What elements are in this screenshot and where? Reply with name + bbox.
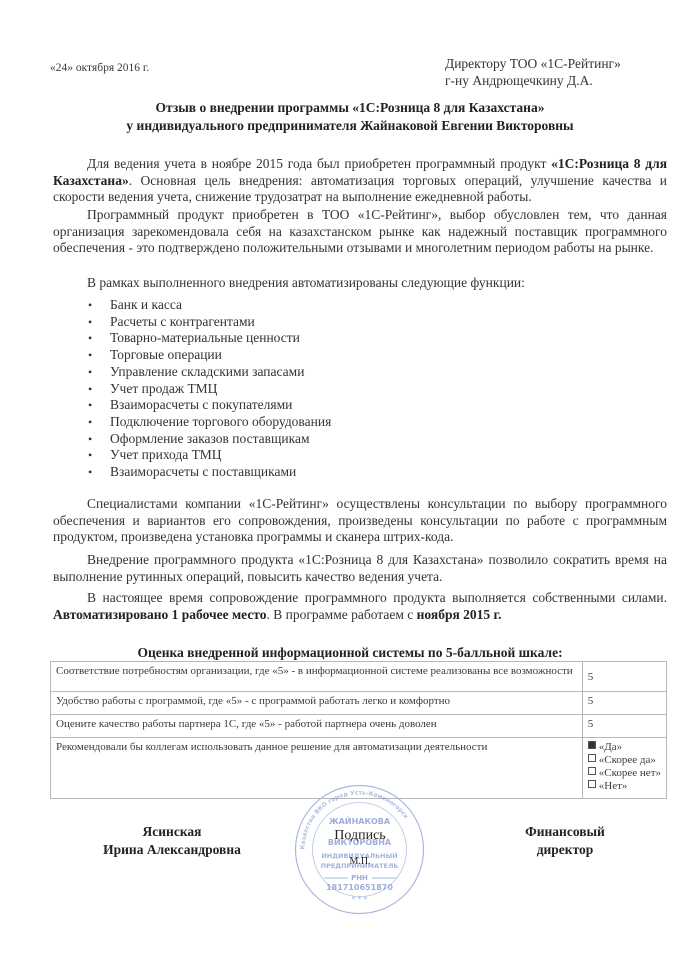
checkbox-empty-icon <box>588 754 596 762</box>
paragraph-support: В настоящее время сопровождение программ… <box>53 590 667 623</box>
paragraph-intro: Для ведения учета в ноябре 2015 года был… <box>53 156 667 206</box>
paragraph-vendor: Программный продукт приобретен в ТОО «1С… <box>53 207 667 257</box>
list-item: Взаиморасчеты с покупателями <box>88 397 331 414</box>
option-label: «Скорее нет» <box>599 767 661 779</box>
signatory-given-names: Ирина Александровна <box>82 841 262 859</box>
paragraph-results: Внедрение программного продукта «1С:Розн… <box>53 552 667 585</box>
list-item: Управление складскими запасами <box>88 364 331 381</box>
rating-question: Соответствие потребностям организации, г… <box>51 662 583 692</box>
paragraph-consulting: Специалистами компании «1С-Рейтинг» осущ… <box>53 496 667 546</box>
svg-text:* * *: * * * <box>352 895 368 903</box>
option-label: «Нет» <box>599 780 628 792</box>
signatory-position: Финансовый директор <box>495 823 635 859</box>
rating-value: 5 <box>582 715 666 738</box>
rating-value: 5 <box>582 662 666 692</box>
paragraph-text: В настоящее время сопровождение программ… <box>87 590 667 605</box>
list-item: Товарно-материальные ценности <box>88 330 331 347</box>
list-item: Расчеты с контрагентами <box>88 314 331 331</box>
title-line-2: у индивидуального предпринимателя Жайнак… <box>0 117 700 135</box>
position-line-1: Финансовый <box>495 823 635 841</box>
signature-label: Подпись <box>300 828 420 844</box>
rating-table-title: Оценка внедренной информационной системы… <box>0 645 700 661</box>
checkbox-checked-icon <box>588 741 596 749</box>
option-yes[interactable]: «Да» <box>588 741 661 754</box>
official-stamp-icon: Казахстан ВКО город Усть-Каменогорск ЖАЙ… <box>292 782 427 917</box>
option-label: «Скорее да» <box>599 754 656 766</box>
workstations-count: Автоматизировано 1 рабочее место <box>53 607 267 622</box>
svg-text:ЖАЙНАКОВА: ЖАЙНАКОВА <box>329 815 391 826</box>
addressee-block: Директору ТОО «1С-Рейтинг» г-ну Андрющеч… <box>445 55 621 89</box>
paragraph-functions-intro: В рамках выполненного внедрения автомати… <box>53 275 667 292</box>
paragraph-text: Для ведения учета в ноябре 2015 года был… <box>87 156 551 171</box>
option-rather-no[interactable]: «Скорее нет» <box>588 767 661 780</box>
list-item: Торговые операции <box>88 347 331 364</box>
table-row: Оцените качество работы партнера 1С, где… <box>51 715 667 738</box>
addressee-line-1: Директору ТОО «1С-Рейтинг» <box>445 55 621 72</box>
list-item: Взаиморасчеты с поставщиками <box>88 464 331 481</box>
paragraph-text: . В программе работаем с <box>267 607 417 622</box>
svg-text:181710651870: 181710651870 <box>326 883 393 892</box>
option-no[interactable]: «Нет» <box>588 780 661 793</box>
paragraph-text: . Основная цель внедрения: автоматизация… <box>53 173 667 205</box>
rating-question: Оцените качество работы партнера 1С, где… <box>51 715 583 738</box>
rating-question: Удобство работы с программой, где «5» - … <box>51 692 583 715</box>
start-date: ноября 2015 г. <box>417 607 502 622</box>
list-item: Банк и касса <box>88 297 331 314</box>
rating-table: Соответствие потребностям организации, г… <box>50 661 667 799</box>
checkbox-empty-icon <box>588 780 596 788</box>
functions-list: Банк и касса Расчеты с контрагентами Тов… <box>88 297 331 481</box>
document-title: Отзыв о внедрении программы «1С:Розница … <box>0 99 700 135</box>
recommend-options: «Да» «Скорее да» «Скорее нет» «Нет» <box>582 738 666 799</box>
list-item: Оформление заказов поставщикам <box>88 431 331 448</box>
addressee-line-2: г-ну Андрющечкину Д.А. <box>445 72 621 89</box>
checkbox-empty-icon <box>588 767 596 775</box>
list-item: Подключение торгового оборудования <box>88 414 331 431</box>
title-line-1: Отзыв о внедрении программы «1С:Розница … <box>0 99 700 117</box>
signatory-name: Ясинская Ирина Александровна <box>82 823 262 859</box>
rating-value: 5 <box>582 692 666 715</box>
signatory-surname: Ясинская <box>82 823 262 841</box>
document-date: «24» октября 2016 г. <box>50 62 149 74</box>
seal-place-label: М.П. <box>300 856 420 867</box>
option-label: «Да» <box>599 741 622 753</box>
table-row: Соответствие потребностям организации, г… <box>51 662 667 692</box>
table-row: Удобство работы с программой, где «5» - … <box>51 692 667 715</box>
position-line-2: директор <box>495 841 635 859</box>
list-item: Учет продаж ТМЦ <box>88 381 331 398</box>
option-rather-yes[interactable]: «Скорее да» <box>588 754 661 767</box>
svg-text:РНН: РНН <box>351 874 368 882</box>
list-item: Учет прихода ТМЦ <box>88 447 331 464</box>
